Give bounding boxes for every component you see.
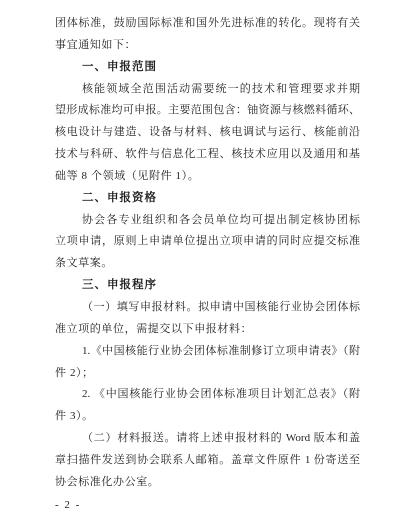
doc-line: 立项申请，原则上申请单位提出立项申请的同时应提交标准 [55,231,360,253]
doc-line: 事宜通知如下： [55,35,360,57]
doc-line: 章扫描件发送到协会联系人邮箱。盖章文件原件 1 份寄送至 [55,450,360,472]
doc-line: 核能领域全范围活动需要统一的技术和管理要求并期 [55,79,360,101]
doc-line: （一）填写申报材料。拟申请中国核能行业协会团体标 [55,297,360,319]
doc-line: 件 3）。 [55,406,360,428]
document-body: 团体标准，鼓励国际标准和国外先进标准的转化。现将有关 事宜通知如下： 一、申报范… [0,0,412,494]
doc-line: 协会各专业组织和各会员单位均可提出制定核协团标 [55,210,360,232]
doc-line: 协会标准化办公室。 [55,472,360,494]
doc-line: 1.《中国核能行业协会团体标准制修订立项申请表》（附 [55,341,360,363]
doc-line: 技术与科研、软件与信息化工程、核技术应用以及通用和基 [55,144,360,166]
section-heading-1: 一、申报范围 [55,57,360,79]
page-number: - 2 - [0,497,412,513]
doc-line: 准立项的单位，需提交以下申报材料： [55,319,360,341]
doc-line: 件 2）； [55,363,360,385]
document-page: 团体标准，鼓励国际标准和国外先进标准的转化。现将有关 事宜通知如下： 一、申报范… [0,0,412,519]
doc-line: 2. 《中国核能行业协会团体标准项目计划汇总表》（附 [55,384,360,406]
doc-line: 望形成标准均可申报。主要范围包含：铀资源与核燃料循环、 [55,100,360,122]
section-heading-2: 二、申报资格 [55,188,360,210]
doc-line: 团体标准，鼓励国际标准和国外先进标准的转化。现将有关 [55,13,360,35]
doc-line: （二）材料报送。请将上述申报材料的 Word 版本和盖 [55,428,360,450]
doc-line: 条文草案。 [55,253,360,275]
doc-line: 础等 8 个领域（见附件 1）。 [55,166,360,188]
doc-line: 核电设计与建造、设备与材料、核电调试与运行、核能前沿 [55,122,360,144]
section-heading-3: 三、申报程序 [55,275,360,297]
